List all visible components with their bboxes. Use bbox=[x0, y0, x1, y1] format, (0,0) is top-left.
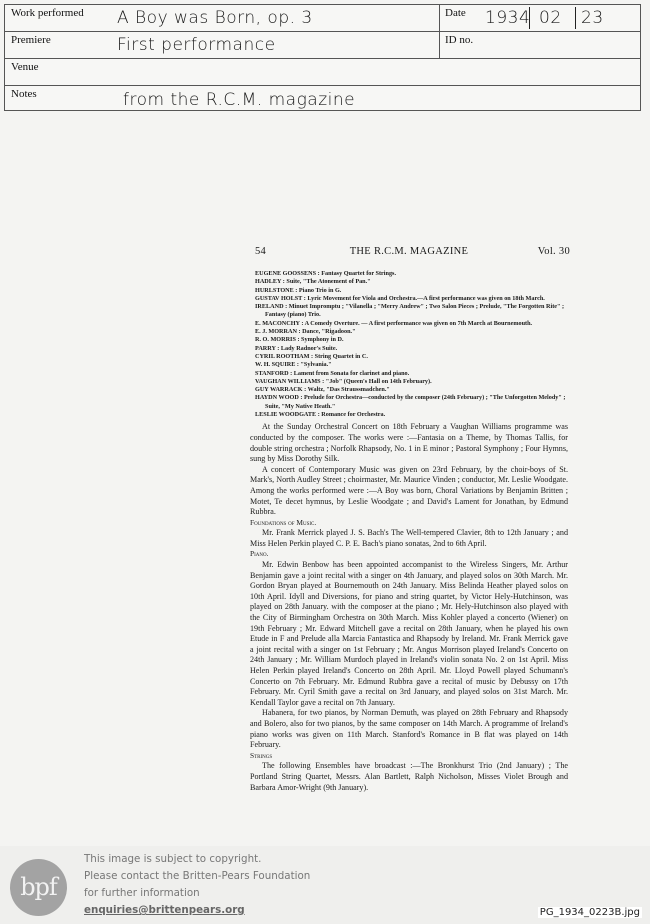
work-performed-value: A Boy was Born, op. 3 bbox=[117, 8, 313, 28]
paragraph: Mr. Frank Merrick played J. S. Bach's Th… bbox=[250, 528, 568, 549]
date-year: 1934 bbox=[485, 8, 530, 28]
date-month: 02 bbox=[539, 8, 562, 28]
paragraph: The following Ensembles have broadcast :… bbox=[250, 761, 568, 793]
copyright-footer: bpf This image is subject to copyright. … bbox=[0, 846, 650, 924]
section-heading: Piano. bbox=[250, 549, 568, 560]
section-heading: Strings bbox=[250, 751, 568, 762]
image-filename: PG_1934_0223B.jpg bbox=[538, 907, 642, 918]
volume-number: Vol. 30 bbox=[538, 246, 570, 257]
bpf-logo: bpf bbox=[10, 859, 67, 916]
email-link[interactable]: enquiries@brittenpears.org bbox=[84, 902, 310, 919]
id-no-label: ID no. bbox=[445, 34, 473, 46]
works-list-item: VAUGHAN WILLIAMS : "Job" (Queen's Hall o… bbox=[250, 378, 568, 386]
magazine-header: 54 THE R.C.M. MAGAZINE Vol. 30 bbox=[250, 246, 568, 262]
paragraph: Habanera, for two pianos, by Norman Demu… bbox=[250, 708, 568, 750]
works-list-item: STANFORD : Lament from Sonata for clarin… bbox=[250, 370, 568, 378]
works-list-item: R. O. MORRIS : Symphony in D. bbox=[250, 336, 568, 344]
work-performed-label: Work performed bbox=[11, 7, 84, 19]
copyright-line: This image is subject to copyright. bbox=[84, 851, 310, 868]
works-list-item: LESLIE WOODGATE : Romance for Orchestra. bbox=[250, 411, 568, 419]
premiere-value: First performance bbox=[117, 35, 276, 55]
works-list-item: E. MACONCHY : A Comedy Overture. — A fir… bbox=[250, 320, 568, 328]
date-day: 23 bbox=[581, 8, 604, 28]
paragraph: At the Sunday Orchestral Concert on 18th… bbox=[250, 422, 568, 464]
works-list-item: HADLEY : Suite, "The Atonement of Pan." bbox=[250, 278, 568, 286]
works-list-item: W. H. SQUIRE : "Sylvania." bbox=[250, 361, 568, 369]
paragraph: Mr. Edwin Benbow has been appointed acco… bbox=[250, 560, 568, 708]
record-form: Work performed A Boy was Born, op. 3 Dat… bbox=[4, 4, 641, 111]
notes-label: Notes bbox=[11, 88, 37, 100]
works-list-item: HURLSTONE : Piano Trio in G. bbox=[250, 287, 568, 295]
works-list-item: E. J. MORRAN : Dance, "Rigadoon." bbox=[250, 328, 568, 336]
date-separator bbox=[575, 7, 576, 29]
works-list-item: GUSTAV HOLST : Lyric Movement for Viola … bbox=[250, 295, 568, 303]
form-row-venue: Venue bbox=[5, 59, 640, 86]
form-row-notes: Notes from the R.C.M. magazine bbox=[5, 86, 640, 111]
paragraph: A concert of Contemporary Music was give… bbox=[250, 465, 568, 518]
works-list-item: GUY WARRACK : Waltz, "Das Straussmadchen… bbox=[250, 386, 568, 394]
works-list-item: IRELAND : Minuet Impromptu ; "Vilanella … bbox=[250, 303, 568, 320]
works-list: EUGENE GOOSSENS : Fantasy Quartet for St… bbox=[250, 270, 568, 419]
premiere-label: Premiere bbox=[11, 34, 51, 46]
form-row-work-performed: Work performed A Boy was Born, op. 3 Dat… bbox=[5, 5, 640, 32]
copyright-line: for further information bbox=[84, 885, 310, 902]
works-list-item: CYRIL ROOTHAM : String Quartet in C. bbox=[250, 353, 568, 361]
article-body: At the Sunday Orchestral Concert on 18th… bbox=[250, 422, 568, 793]
copyright-notice: This image is subject to copyright. Plea… bbox=[84, 851, 310, 919]
copyright-line: Please contact the Britten-Pears Foundat… bbox=[84, 868, 310, 885]
date-separator bbox=[529, 7, 530, 29]
works-list-item: PARRY : Lady Radnor's Suite. bbox=[250, 345, 568, 353]
venue-label: Venue bbox=[11, 61, 39, 73]
notes-value: from the R.C.M. magazine bbox=[123, 90, 355, 110]
section-heading: Foundations of Music. bbox=[250, 518, 568, 529]
works-list-item: EUGENE GOOSSENS : Fantasy Quartet for St… bbox=[250, 270, 568, 278]
magazine-page: 54 THE R.C.M. MAGAZINE Vol. 30 EUGENE GO… bbox=[250, 246, 568, 793]
works-list-item: HAYDN WOOD : Prelude for Orchestra—condu… bbox=[250, 394, 568, 411]
magazine-title: THE R.C.M. MAGAZINE bbox=[250, 246, 568, 257]
form-row-premiere: Premiere First performance ID no. bbox=[5, 32, 640, 59]
date-label: Date bbox=[445, 7, 466, 19]
